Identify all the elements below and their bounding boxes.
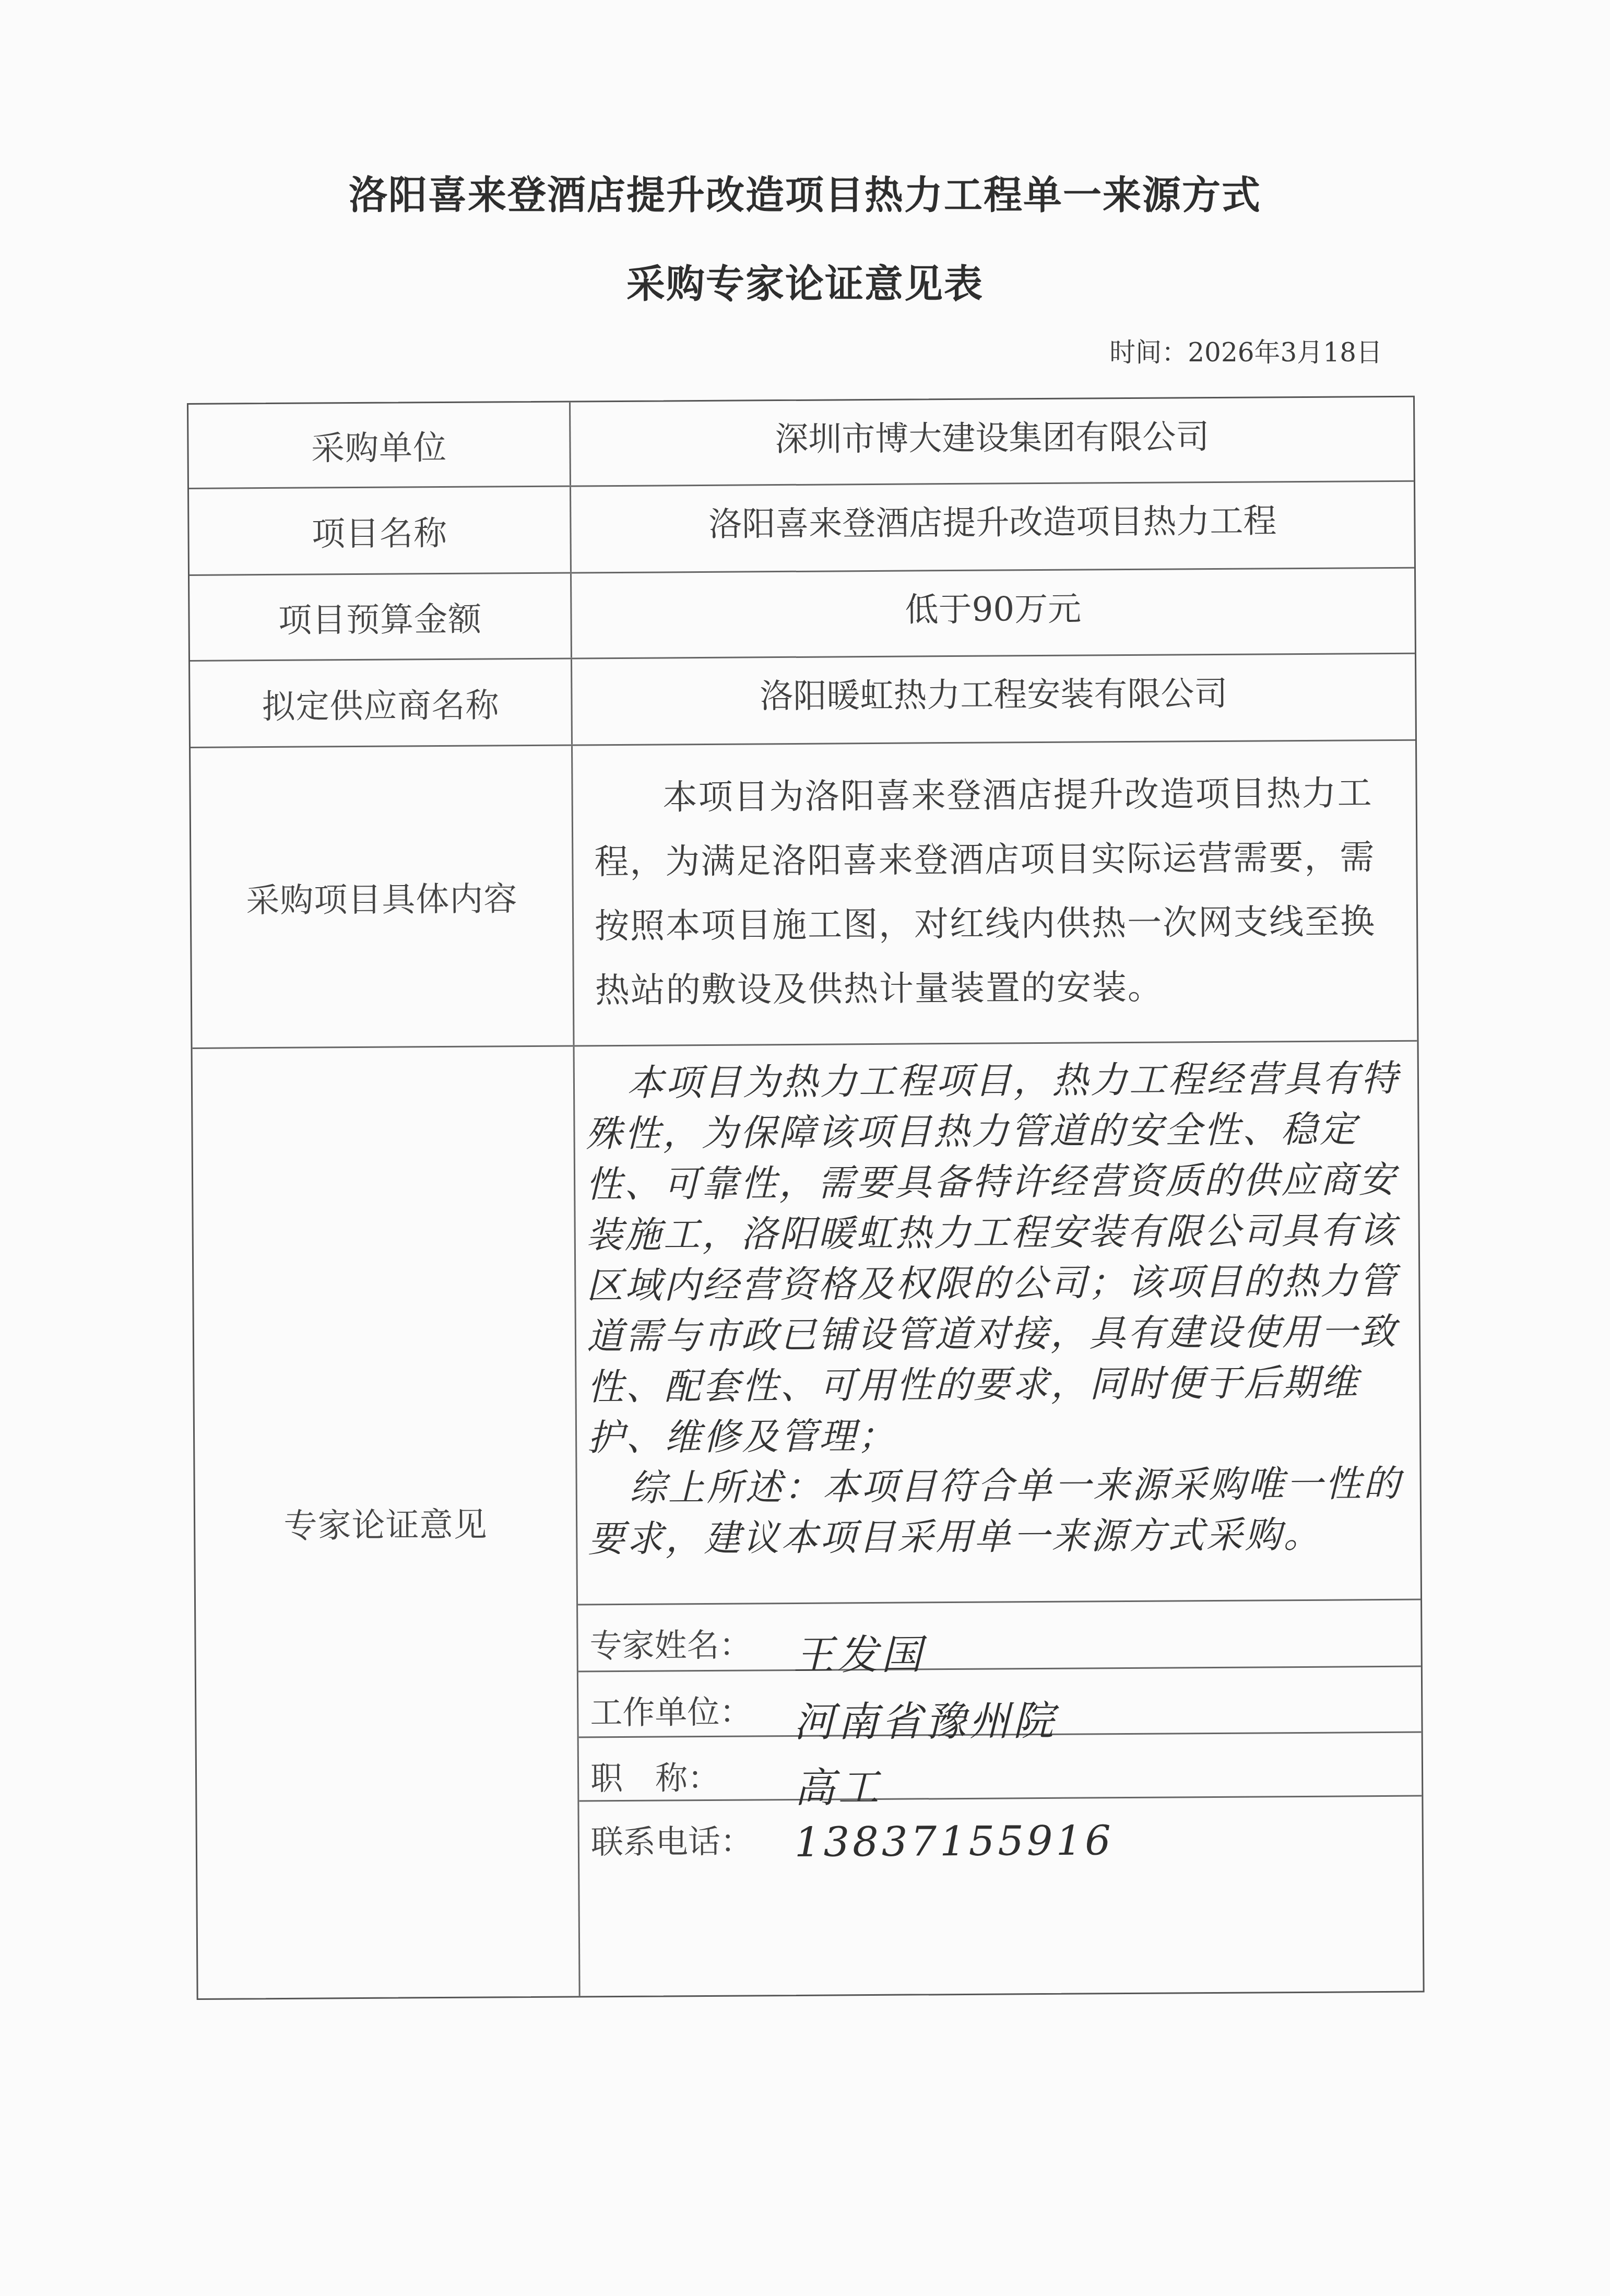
document-title-line1: 洛阳喜来登酒店提升改造项目热力工程单一来源方式 (0, 164, 1610, 220)
field-work-unit: 工作单位： 河南省豫州院 (578, 1667, 1422, 1738)
opinion-paragraph-2: 综上所述：本项目符合单一来源采购唯一性的要求，建议本项目采用单一来源方式采购。 (587, 1458, 1410, 1565)
document-date: 时间：2026年3月18日 (1109, 332, 1382, 369)
label-procurement-content: 采购项目具体内容 (191, 746, 574, 1047)
row-project-name: 项目名称 洛阳喜来登酒店提升改造项目热力工程 (189, 482, 1414, 576)
row-procurement-unit: 采购单位 深圳市博大建设集团有限公司 (188, 397, 1414, 489)
value-budget: 低于90万元 (572, 569, 1415, 658)
label-expert-opinion: 专家论证意见 (193, 1046, 581, 1998)
label-supplier: 拟定供应商名称 (190, 660, 573, 747)
job-title-label: 职 称： (590, 1751, 795, 1799)
label-procurement-unit: 采购单位 (188, 403, 571, 488)
row-budget: 项目预算金额 低于90万元 (190, 569, 1415, 662)
phone-label: 联系电话： (591, 1815, 795, 1863)
expert-opinion-form-table: 采购单位 深圳市博大建设集团有限公司 项目名称 洛阳喜来登酒店提升改造项目热力工… (187, 396, 1425, 2000)
work-unit-label: 工作单位： (590, 1686, 794, 1733)
field-phone: 联系电话： 13837155916 (579, 1797, 1423, 1996)
label-budget: 项目预算金额 (190, 574, 572, 660)
row-expert-opinion: 专家论证意见 本项目为热力工程项目，热力工程经营具有特殊性，为保障该项目热力管道… (193, 1042, 1423, 1998)
value-supplier: 洛阳暖虹热力工程安装有限公司 (572, 654, 1415, 745)
value-procurement-content: 本项目为洛阳喜来登酒店提升改造项目热力工程，为满足洛阳喜来登酒店项目实际运营需要… (573, 741, 1417, 1045)
field-job-title: 职 称： 高工 (579, 1733, 1422, 1802)
expert-name-label: 专家姓名： (589, 1619, 794, 1666)
opinion-paragraph-1: 本项目为热力工程项目，热力工程经营具有特殊性，为保障该项目热力管道的安全性、稳定… (585, 1053, 1410, 1464)
phone-value: 13837155916 (795, 1813, 1114, 1866)
value-procurement-unit: 深圳市博大建设集团有限公司 (571, 397, 1414, 486)
row-supplier: 拟定供应商名称 洛阳暖虹热力工程安装有限公司 (190, 654, 1415, 748)
document-title-line2: 采购专家论证意见表 (0, 253, 1610, 309)
row-procurement-content: 采购项目具体内容 本项目为洛阳喜来登酒店提升改造项目热力工程，为满足洛阳喜来登酒… (191, 741, 1417, 1049)
value-project-name: 洛阳喜来登酒店提升改造项目热力工程 (571, 482, 1414, 572)
expert-opinion-handwritten: 本项目为热力工程项目，热力工程经营具有特殊性，为保障该项目热力管道的安全性、稳定… (575, 1042, 1421, 1606)
field-expert-name: 专家姓名： 王发国 (578, 1600, 1421, 1673)
label-project-name: 项目名称 (189, 487, 572, 574)
